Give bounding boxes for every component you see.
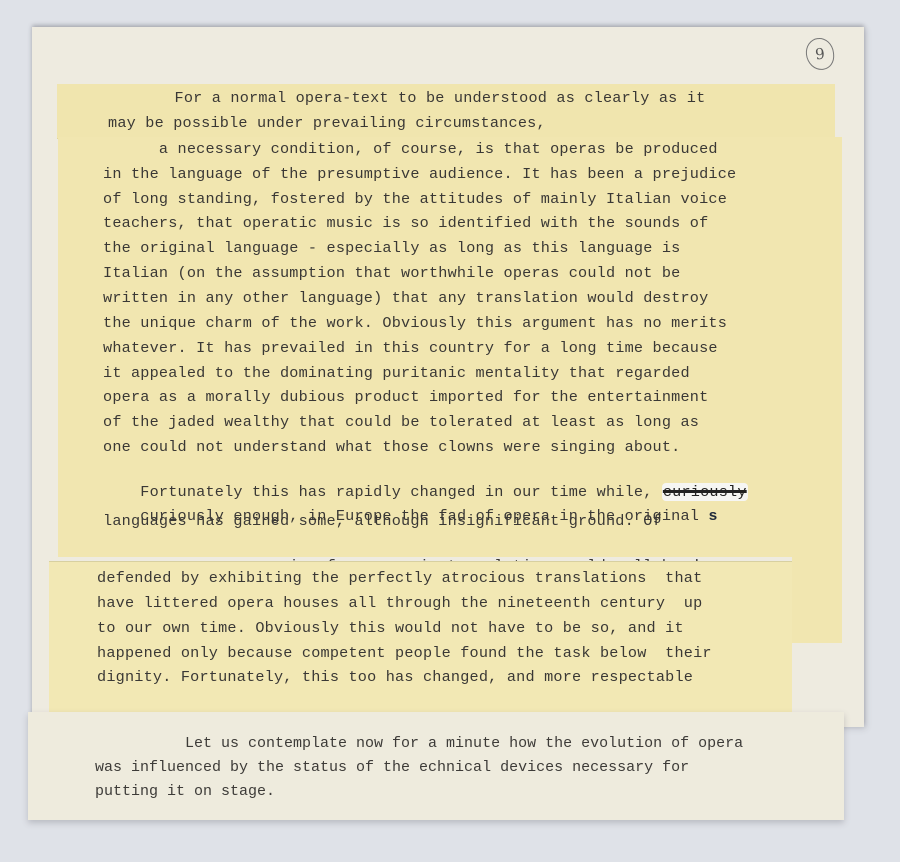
slip-2-tail: [792, 556, 842, 643]
text-line: opera as a morally dubious product impor…: [103, 387, 708, 407]
text-line: of long standing, fostered by the attitu…: [103, 189, 727, 209]
typed-slip-1: For a normal opera-text to be understood…: [57, 84, 835, 139]
text-line: one could not understand what those clow…: [103, 437, 680, 457]
typed-slip-4: Let us contemplate now for a minute how …: [28, 712, 844, 820]
text-line: to our own time. Obviously this would no…: [97, 618, 684, 638]
text-line: was influenced by the status of the echn…: [95, 758, 689, 778]
text-line: written in any other language) that any …: [103, 288, 708, 308]
text-line: a necessary condition, of course, is tha…: [103, 139, 718, 159]
text-line: languages has gained some, although insi…: [103, 511, 662, 531]
correction-mark: s: [708, 507, 717, 525]
text-line: Let us contemplate now for a minute how …: [95, 734, 743, 754]
typed-slip-3: defended by exhibiting the perfectly atr…: [49, 561, 792, 717]
text-line: the unique charm of the work. Obviously …: [103, 313, 727, 333]
text-line: of the jaded wealthy that could be toler…: [103, 412, 699, 432]
text-line: defended by exhibiting the perfectly atr…: [97, 568, 702, 588]
typed-slip-2: a necessary condition, of course, is tha…: [58, 137, 842, 557]
text-line: may be possible under prevailing circums…: [108, 113, 546, 133]
text-line: putting it on stage.: [95, 782, 275, 802]
text-line: happened only because competent people f…: [97, 643, 712, 663]
text-line: it appealed to the dominating puritanic …: [103, 363, 690, 383]
text-line: dignity. Fortunately, this too has chang…: [97, 667, 693, 687]
text-line: teachers, that operatic music is so iden…: [103, 213, 708, 233]
text-line: in the language of the presumptive audie…: [103, 164, 736, 184]
text-line: have littered opera houses all through t…: [97, 593, 702, 613]
text-line: the original language - especially as lo…: [103, 238, 680, 258]
text-line: Italian (on the assumption that worthwhi…: [103, 263, 680, 283]
text-line: For a normal opera-text to be understood…: [100, 88, 705, 108]
text-line: whatever. It has prevailed in this count…: [103, 338, 718, 358]
